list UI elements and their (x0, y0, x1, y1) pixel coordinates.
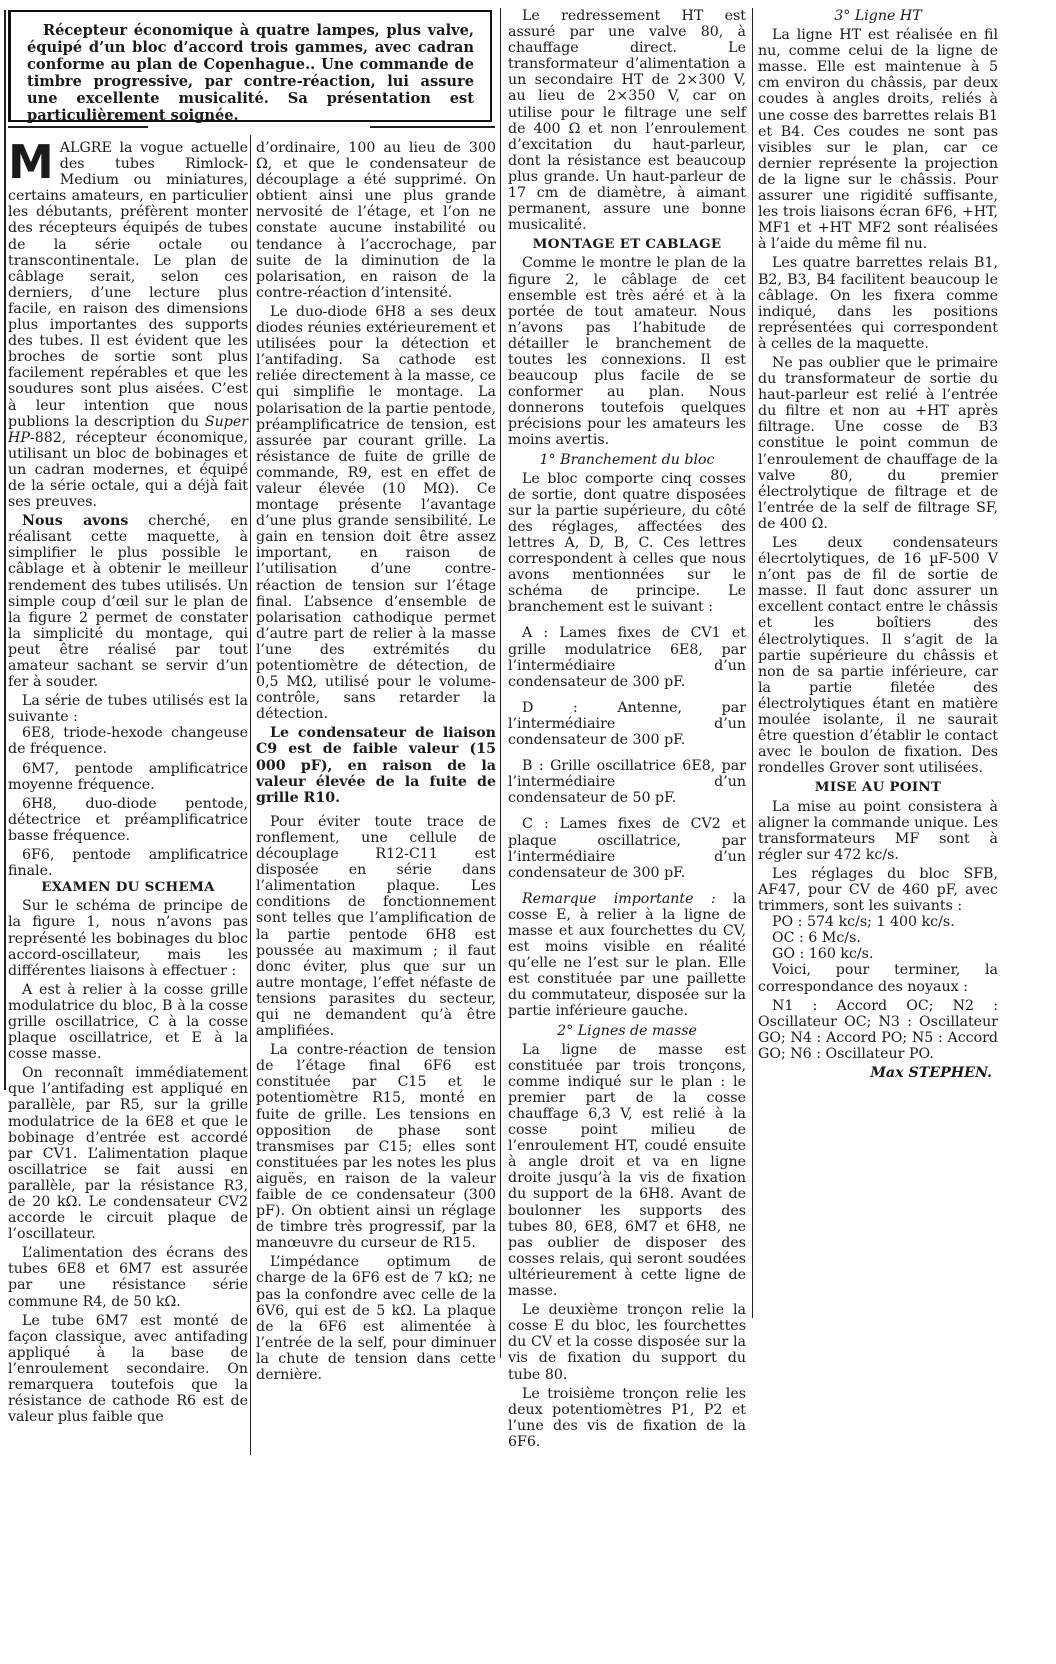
paragraph: d’ordinaire, 100 au lieu de 300 Ω, et qu… (256, 140, 496, 301)
paragraph: Le tube 6M7 est monté de façon classique… (8, 1313, 248, 1426)
drop-cap: M (8, 142, 54, 182)
paragraph: N1 : Accord OC; N2 : Oscillateur OC; N3 … (758, 998, 998, 1062)
intro-paragraph: MALGRE la vogue actuelle des tubes Rimlo… (8, 140, 248, 510)
column-rule (752, 8, 753, 1318)
paragraph: La ligne de masse est constituée par tro… (508, 1042, 746, 1300)
paragraph: La série de tubes utilisés est la suivan… (8, 693, 248, 725)
article-page: Récepteur économique à quatre lampes, pl… (0, 0, 1056, 1664)
paragraph: Ne pas oublier que le primaire du transf… (758, 355, 998, 532)
column-1: MALGRE la vogue actuelle des tubes Rimlo… (8, 140, 248, 1425)
paragraph: Les deux condensateurs élecrtolytiques, … (758, 535, 998, 776)
paragraph: Le condensateur de liaison C9 est de fai… (256, 725, 496, 805)
pin-list: A : Lames fixes de CV1 et grille modulat… (508, 625, 746, 880)
paragraph: Le duo-diode 6H8 a ses deux diodes réuni… (256, 304, 496, 722)
paragraph: Les réglages du bloc SFB, AF47, pour CV … (758, 866, 998, 914)
paragraph: La mise au point consistera à aligner la… (758, 799, 998, 863)
column-rule (8, 126, 148, 128)
paragraph: Le redressement HT est assuré par une va… (508, 8, 746, 233)
pin-item: D : Antenne, par l’intermédiaire d’un co… (508, 700, 746, 748)
setting-item: GO : 160 kc/s. (758, 946, 998, 962)
setting-item: PO : 574 kc/s; 1 400 kc/s. (758, 914, 998, 930)
column-2: d’ordinaire, 100 au lieu de 300 Ω, et qu… (256, 140, 496, 1383)
paragraph: Le troisième tronçon relie les deux pote… (508, 1386, 746, 1450)
paragraph: Voici, pour terminer, la correspondance … (758, 962, 998, 994)
paragraph: L’impédance optimum de charge de la 6F6 … (256, 1254, 496, 1383)
paragraph: Le bloc comporte cinq cosses de sortie, … (508, 471, 746, 616)
paragraph: A est à relier à la cosse grille modulat… (8, 982, 248, 1062)
column-rule (4, 10, 6, 1090)
paragraph: Sur le schéma de principe de la figure 1… (8, 898, 248, 978)
tube-item: 6E8, triode-hexode changeuse de fréquenc… (8, 725, 248, 757)
paragraph: L’alimentation des écrans des tubes 6E8 … (8, 1245, 248, 1309)
column-4: 3° Ligne HT La ligne HT est réalisée en … (758, 8, 998, 1081)
tube-list: 6E8, triode-hexode changeuse de fréquenc… (8, 725, 248, 879)
column-rule (370, 126, 495, 128)
column-rule (250, 135, 251, 1455)
paragraph: La contre-réaction de tension de l’étage… (256, 1042, 496, 1251)
settings-list: PO : 574 kc/s; 1 400 kc/s. OC : 6 Mc/s. … (758, 914, 998, 962)
lead-box: Récepteur économique à quatre lampes, pl… (8, 10, 492, 122)
author-signature: Max STEPHEN. (758, 1065, 998, 1081)
pin-item: C : Lames fixes de CV2 et plaque oscilla… (508, 816, 746, 880)
lead-text: Récepteur économique à quatre lampes, pl… (27, 22, 474, 124)
paragraph: Le deuxième tronçon relie la cosse E du … (508, 1302, 746, 1382)
paragraph: Nous avons cherché, en réalisant cette m… (8, 513, 248, 690)
paragraph: Pour éviter toute trace de ronflement, u… (256, 814, 496, 1039)
tube-item: 6H8, duo-diode pentode, détectrice et pr… (8, 796, 248, 844)
subsection-heading: 3° Ligne HT (758, 8, 998, 24)
subsection-heading: 1° Branchement du bloc (508, 452, 746, 468)
section-heading: EXAMEN DU SCHEMA (8, 879, 248, 895)
pin-item: B : Grille oscillatrice 6E8, par l’inter… (508, 758, 746, 806)
paragraph: La ligne HT est réalisée en fil nu, comm… (758, 27, 998, 252)
remark-paragraph: Remarque importante : la cosse E, à reli… (508, 891, 746, 1020)
paragraph: Les quatre barrettes relais B1, B2, B3, … (758, 255, 998, 352)
tube-item: 6F6, pentode amplificatrice finale. (8, 847, 248, 879)
paragraph: On reconnaît immédiatement que l’antifad… (8, 1065, 248, 1242)
setting-item: OC : 6 Mc/s. (758, 930, 998, 946)
section-heading: MONTAGE ET CABLAGE (508, 236, 746, 252)
column-3: Le redressement HT est assuré par une va… (508, 8, 746, 1450)
paragraph: Comme le montre le plan de la figure 2, … (508, 255, 746, 448)
tube-item: 6M7, pentode amplificatrice moyenne fréq… (8, 761, 248, 793)
pin-item: A : Lames fixes de CV1 et grille modulat… (508, 625, 746, 689)
column-rule (500, 8, 501, 1358)
section-heading: MISE AU POINT (758, 779, 998, 795)
subsection-heading: 2° Lignes de masse (508, 1023, 746, 1039)
